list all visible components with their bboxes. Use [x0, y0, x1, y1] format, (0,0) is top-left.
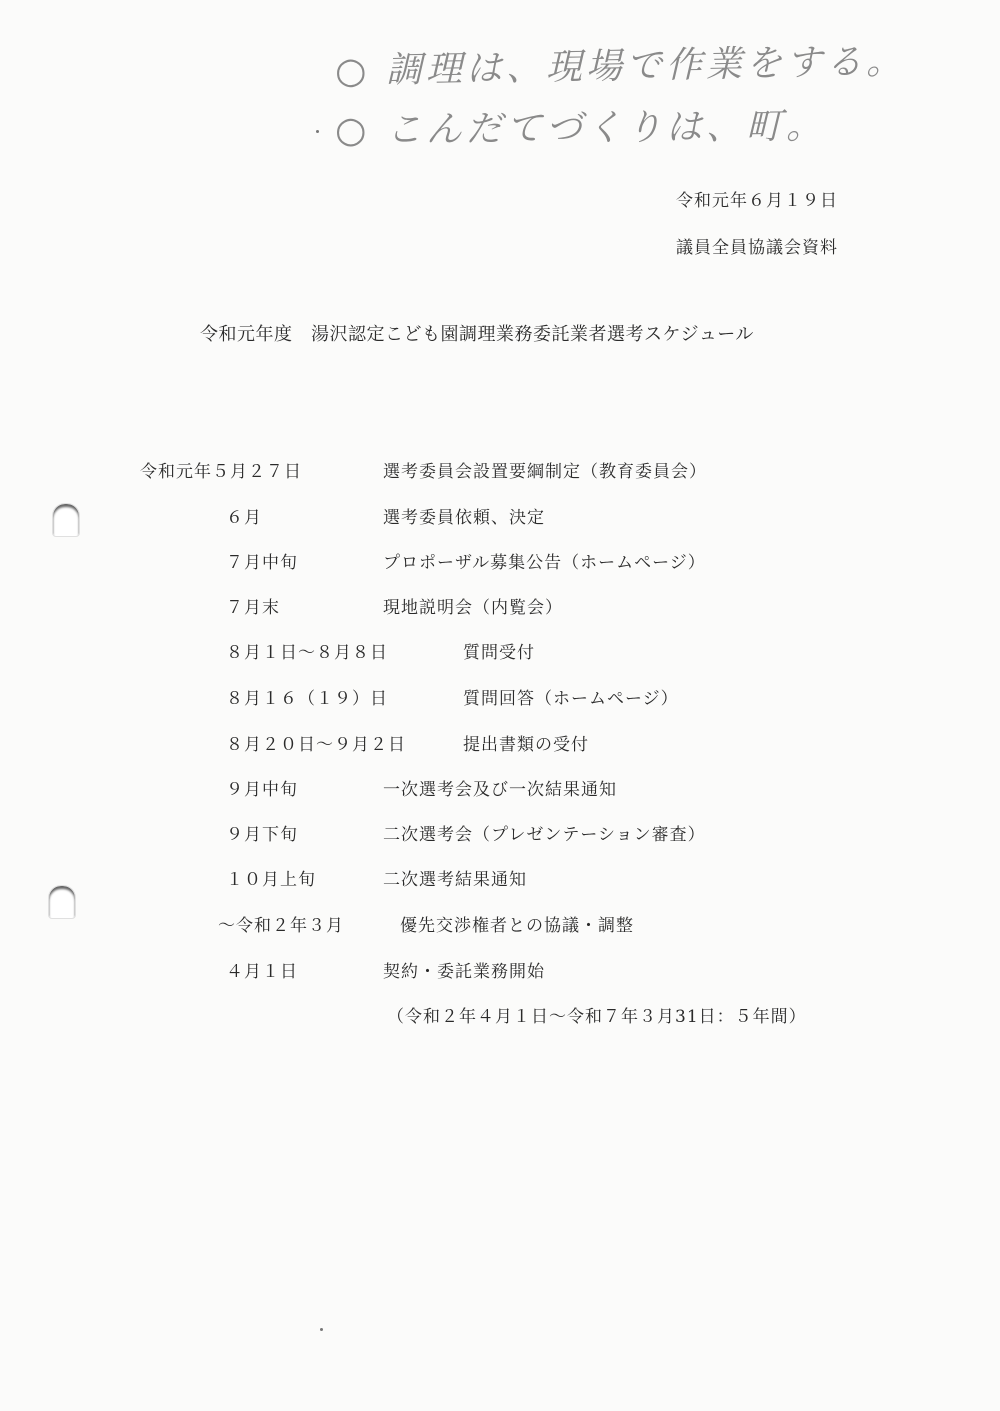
schedule-date: ８月１日～８月８日	[226, 638, 388, 663]
schedule-event: 選考委員依頼、決定	[383, 503, 545, 528]
schedule-date: ～令和２年３月	[218, 911, 344, 936]
schedule-date: ７月末	[226, 593, 280, 618]
schedule-event: 二次選考結果通知	[383, 865, 527, 890]
schedule-date: ７月中旬	[226, 548, 298, 573]
punch-hole	[52, 503, 80, 537]
schedule-date: ８月２０日～９月２日	[226, 730, 406, 755]
schedule-event: プロポーザル募集公告（ホームページ）	[383, 548, 706, 573]
document-title: 令和元年度 湯沢認定こども園調理業務委託業者選考スケジュール	[200, 320, 754, 346]
contract-period-note: （令和２年４月１日～令和７年３月31日：５年間）	[387, 1002, 807, 1027]
schedule-date: ９月下旬	[226, 820, 298, 845]
schedule-event: 選考委員会設置要綱制定（教育委員会）	[383, 457, 707, 482]
schedule-event: 優先交渉権者との協議・調整	[400, 911, 634, 936]
document-date: 令和元年６月１９日	[676, 186, 838, 211]
schedule-event: 契約・委託業務開始	[383, 957, 545, 982]
schedule-event: 二次選考会（プレゼンテーション審査）	[383, 820, 706, 845]
schedule-event: 提出書類の受付	[463, 730, 589, 755]
meeting-label: 議員全員協議会資料	[676, 233, 838, 258]
schedule-date: 令和元年５月２７日	[140, 457, 302, 482]
schedule-event: 質問受付	[463, 638, 535, 663]
schedule-date: ８月１６（１９）日	[226, 684, 388, 709]
handwritten-note-2: ○ こんだてづくりは、町。	[335, 98, 826, 153]
stray-mark	[316, 130, 319, 133]
schedule-event: 一次選考会及び一次結果通知	[383, 775, 617, 800]
schedule-date: ９月中旬	[226, 775, 298, 800]
schedule-date: ４月１日	[226, 957, 298, 982]
handwritten-note-1: ○ 調理は、現場で作業をする。	[335, 33, 907, 94]
stray-mark	[320, 1328, 323, 1331]
schedule-date: １０月上旬	[226, 865, 316, 890]
punch-hole	[48, 885, 76, 919]
schedule-event: 現地説明会（内覧会）	[383, 593, 563, 618]
schedule-event: 質問回答（ホームページ）	[463, 684, 679, 709]
schedule-date: ６月	[226, 503, 262, 528]
